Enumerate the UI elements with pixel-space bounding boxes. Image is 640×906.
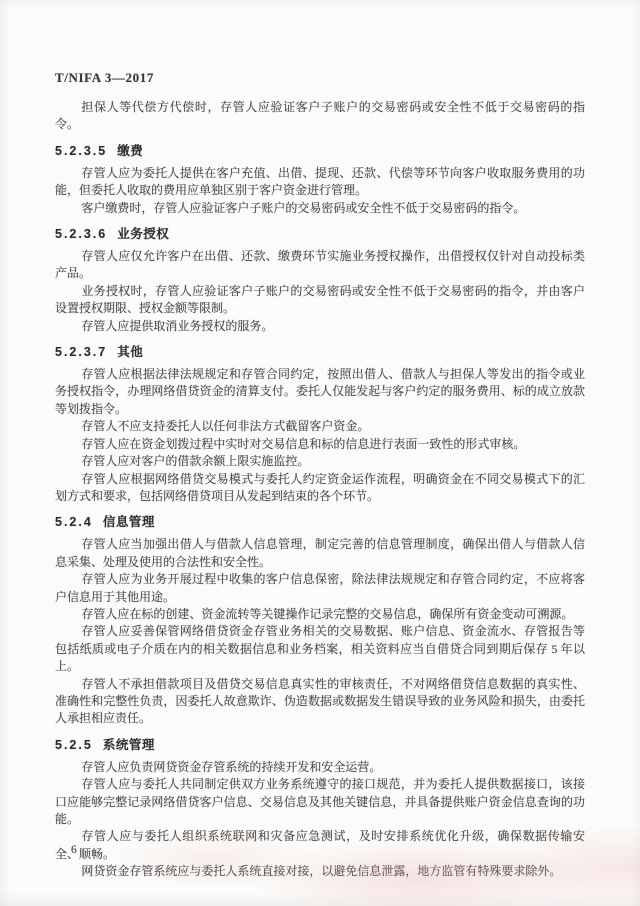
section-number: 5.2.3.5 (55, 144, 107, 158)
paragraph: 存管人应负责网贷资金存管系统的持续开发和安全运营。 (55, 759, 585, 776)
paragraph: 业务授权时，存管人应验证客户子账户的交易密码或安全性不低于交易密码的指令，并由客… (55, 283, 585, 318)
section-heading-5-2-5: 5.2.5系统管理 (55, 737, 585, 753)
section-number: 5.2.3.7 (55, 345, 107, 359)
paragraph: 网贷资金存管系统应与委托人系统直接对接，以避免信息泄露，地方监管有特殊要求除外。 (55, 863, 585, 880)
paragraph: 存管人应在标的创建、资金流转等关键操作记录完整的交易信息，确保所有资金变动可溯源… (55, 606, 585, 623)
section-title: 系统管理 (103, 738, 155, 752)
section-title: 其他 (117, 345, 143, 359)
paragraph: 存管人应与委托人共同制定供双方业务系统遵守的接口规范，并为委托人提供数据接口，该… (55, 776, 585, 828)
paragraph: 担保人等代偿方代偿时，存管人应验证客户子账户的交易密码或安全性不低于交易密码的指… (55, 99, 585, 134)
paragraph: 存管人不应支持委托人以任何非法方式截留客户资金。 (55, 418, 585, 435)
section-title: 缴费 (117, 144, 143, 158)
paragraph: 存管人应为业务开展过程中收集的客户信息保密，除法律法规规定和存管合同约定，不应将… (55, 571, 585, 606)
paragraph: 存管人应在资金划拨过程中实时对交易信息和标的信息进行表面一致性的形式审核。 (55, 436, 585, 453)
section-title: 信息管理 (103, 515, 155, 529)
paragraph: 存管人应仅允许客户在出借、还款、缴费环节实施业务授权操作，出借授权仅针对自动投标… (55, 248, 585, 283)
paragraph: 客户缴费时，存管人应验证客户子账户的交易密码或安全性不低于交易密码的指令。 (55, 200, 585, 217)
section-number: 5.2.4 (55, 515, 93, 529)
section-heading-5-2-4: 5.2.4信息管理 (55, 514, 585, 530)
page-content: T/NIFA 3—2017 担保人等代偿方代偿时，存管人应验证客户子账户的交易密… (0, 0, 640, 881)
paragraph: 存管人应妥善保管网络借贷资金存管业务相关的交易数据、账户信息、资金流水、存管报告… (55, 623, 585, 675)
paragraph: 存管人应提供取消业务授权的服务。 (55, 318, 585, 335)
standard-number: T/NIFA 3—2017 (55, 70, 585, 86)
section-title: 业务授权 (117, 227, 169, 241)
paragraph: 存管人应对客户的借款余额上限实施监控。 (55, 453, 585, 470)
paragraph: 存管人应根据网络借贷交易模式与委托人约定资金运作流程，明确资金在不同交易模式下的… (55, 471, 585, 506)
section-heading-5-2-3-5: 5.2.3.5缴费 (55, 143, 585, 159)
paragraph: 存管人应根据法律法规规定和存管合同约定，按照出借人、借款人与担保人等发出的指令或… (55, 366, 585, 418)
paragraph: 存管人应当加强出借人与借款人信息管理，制定完善的信息管理制度，确保出借人与借款人… (55, 536, 585, 571)
paragraph: 存管人应与委托人组织系统联网和灾备应急测试，及时安排系统优化升级，确保数据传输安… (55, 828, 585, 863)
section-number: 5.2.5 (55, 738, 93, 752)
section-heading-5-2-3-7: 5.2.3.7其他 (55, 344, 585, 360)
page-number: 6 (71, 844, 77, 856)
paragraph: 存管人不承担借款项目及借贷交易信息真实性的审核责任，不对网络借贷信息数据的真实性… (55, 676, 585, 728)
document-page: T/NIFA 3—2017 担保人等代偿方代偿时，存管人应验证客户子账户的交易密… (0, 0, 640, 906)
paragraph: 存管人应为委托人提供在客户充值、出借、提现、还款、代偿等环节向客户收取服务费用的… (55, 165, 585, 200)
section-number: 5.2.3.6 (55, 227, 107, 241)
section-heading-5-2-3-6: 5.2.3.6业务授权 (55, 226, 585, 242)
